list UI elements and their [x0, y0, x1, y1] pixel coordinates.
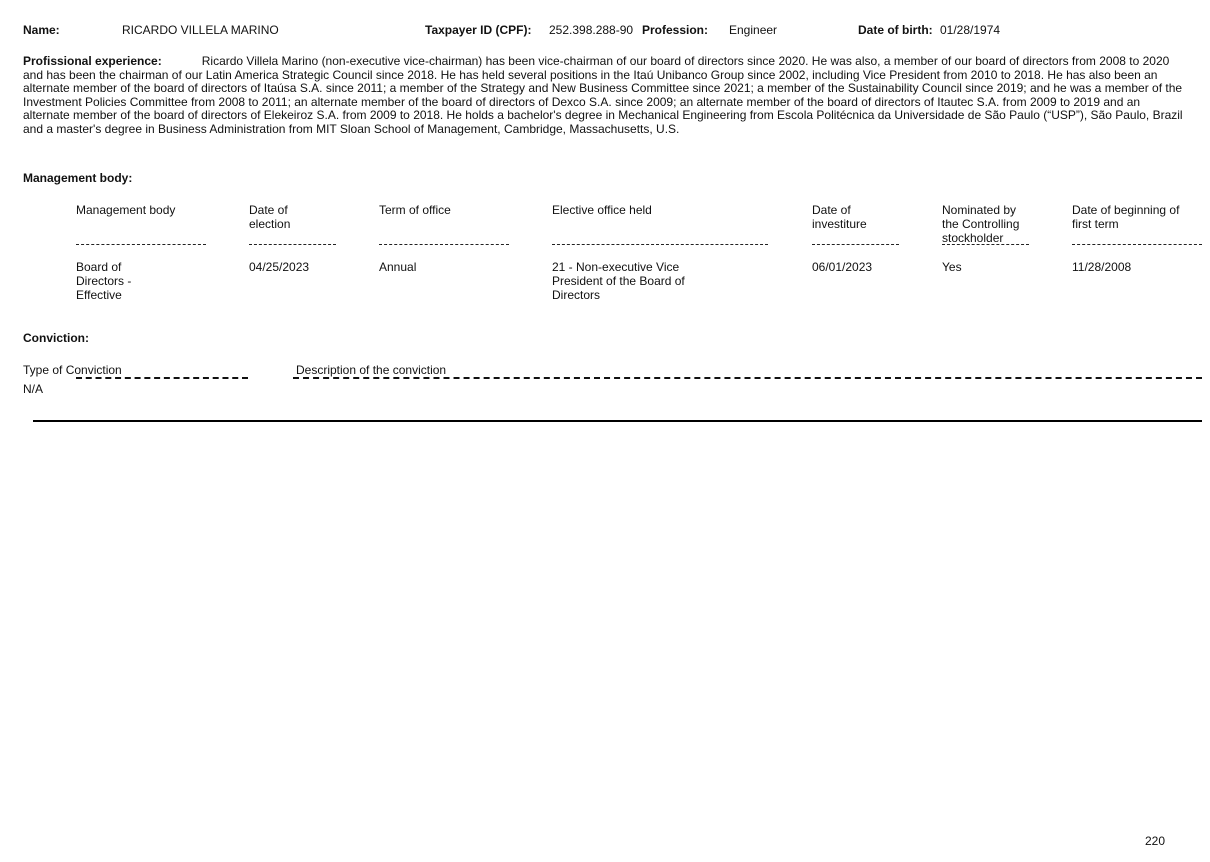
- dob-value: 01/28/1974: [940, 23, 1000, 37]
- header-divider: [1072, 244, 1202, 245]
- section-end-rule: [33, 420, 1202, 422]
- col-header-nominated-by-controlling: Nominated by the Controlling stockholder: [942, 203, 1032, 245]
- conviction-description-header: Description of the conviction: [296, 363, 446, 377]
- cell-term-of-office: Annual: [379, 260, 479, 274]
- experience-label: Profissional experience:: [23, 54, 162, 68]
- header-divider: [812, 244, 899, 245]
- cell-elective-office: 21 - Non-executive Vice President of the…: [552, 260, 702, 302]
- professional-experience: Profissional experience:Ricardo Villela …: [23, 55, 1183, 137]
- col-header-date-of-election: Date of election: [249, 203, 319, 231]
- col-header-first-term-start: Date of beginning of first term: [1072, 203, 1182, 231]
- col-header-date-of-investiture: Date of investiture: [812, 203, 892, 231]
- cell-nominated-by-controlling: Yes: [942, 260, 1042, 274]
- cell-date-of-investiture: 06/01/2023: [812, 260, 912, 274]
- col-header-term-of-office: Term of office: [379, 203, 499, 217]
- management-section-label: Management body:: [23, 171, 132, 185]
- taxpayer-label: Taxpayer ID (CPF):: [425, 23, 531, 37]
- name-value: RICARDO VILLELA MARINO: [122, 23, 279, 37]
- page-number: 220: [1145, 834, 1165, 848]
- col-header-elective-office: Elective office held: [552, 203, 752, 217]
- profession-label: Profession:: [642, 23, 708, 37]
- cell-management-body: Board of Directors - Effective: [76, 260, 156, 302]
- col-header-management-body: Management body: [76, 203, 186, 217]
- cell-date-of-election: 04/25/2023: [249, 260, 349, 274]
- header-divider: [552, 244, 768, 245]
- header-divider: [76, 244, 206, 245]
- experience-text: Ricardo Villela Marino (non-executive vi…: [23, 54, 1183, 136]
- header-divider: [942, 244, 1029, 245]
- conviction-section-label: Conviction:: [23, 331, 89, 345]
- profession-value: Engineer: [729, 23, 777, 37]
- conviction-type-header: Type of Conviction: [23, 363, 122, 377]
- name-label: Name:: [23, 23, 60, 37]
- taxpayer-value: 252.398.288-90: [549, 23, 633, 37]
- conviction-type-divider: [76, 377, 248, 379]
- header-divider: [379, 244, 509, 245]
- cell-first-term-start: 11/28/2008: [1072, 260, 1172, 274]
- dob-label: Date of birth:: [858, 23, 933, 37]
- header-divider: [249, 244, 336, 245]
- conviction-description-divider: [293, 377, 1202, 379]
- conviction-type-value: N/A: [23, 382, 43, 396]
